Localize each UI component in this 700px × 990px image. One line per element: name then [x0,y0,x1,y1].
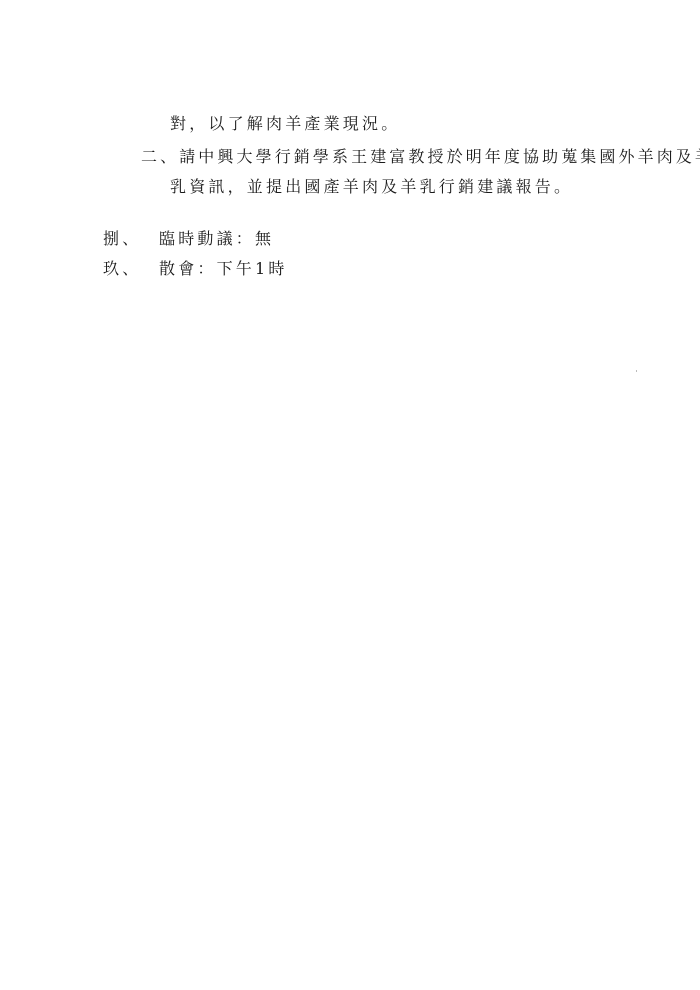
section-extempore-motion: 捌、臨時動議：無 [103,229,274,249]
section-adjournment: 玖、散會：下午1時 [103,259,288,279]
paragraph-text: 二、請中興大學行銷學系王建富教授於明年度協助蒐集國外羊肉及羊 [141,147,700,166]
paragraph-text: 對，以了解肉羊產業現況。 [170,114,400,133]
resolution-item-2-continuation: 乳資訊，並提出國產羊肉及羊乳行銷建議報告。 [170,177,573,197]
paragraph-text: 乳資訊，並提出國產羊肉及羊乳行銷建議報告。 [170,177,573,196]
resolution-item-2: 二、請中興大學行銷學系王建富教授於明年度協助蒐集國外羊肉及羊 [141,147,700,167]
document-page: 對，以了解肉羊產業現況。 二、請中興大學行銷學系王建富教授於明年度協助蒐集國外羊… [0,0,700,990]
scan-artifact [636,370,637,372]
section-text: 散會：下午1時 [159,259,288,278]
resolution-continuation-line: 對，以了解肉羊產業現況。 [170,114,400,134]
section-text: 臨時動議：無 [159,229,274,248]
section-number: 玖、 [103,259,159,279]
section-number: 捌、 [103,229,159,249]
